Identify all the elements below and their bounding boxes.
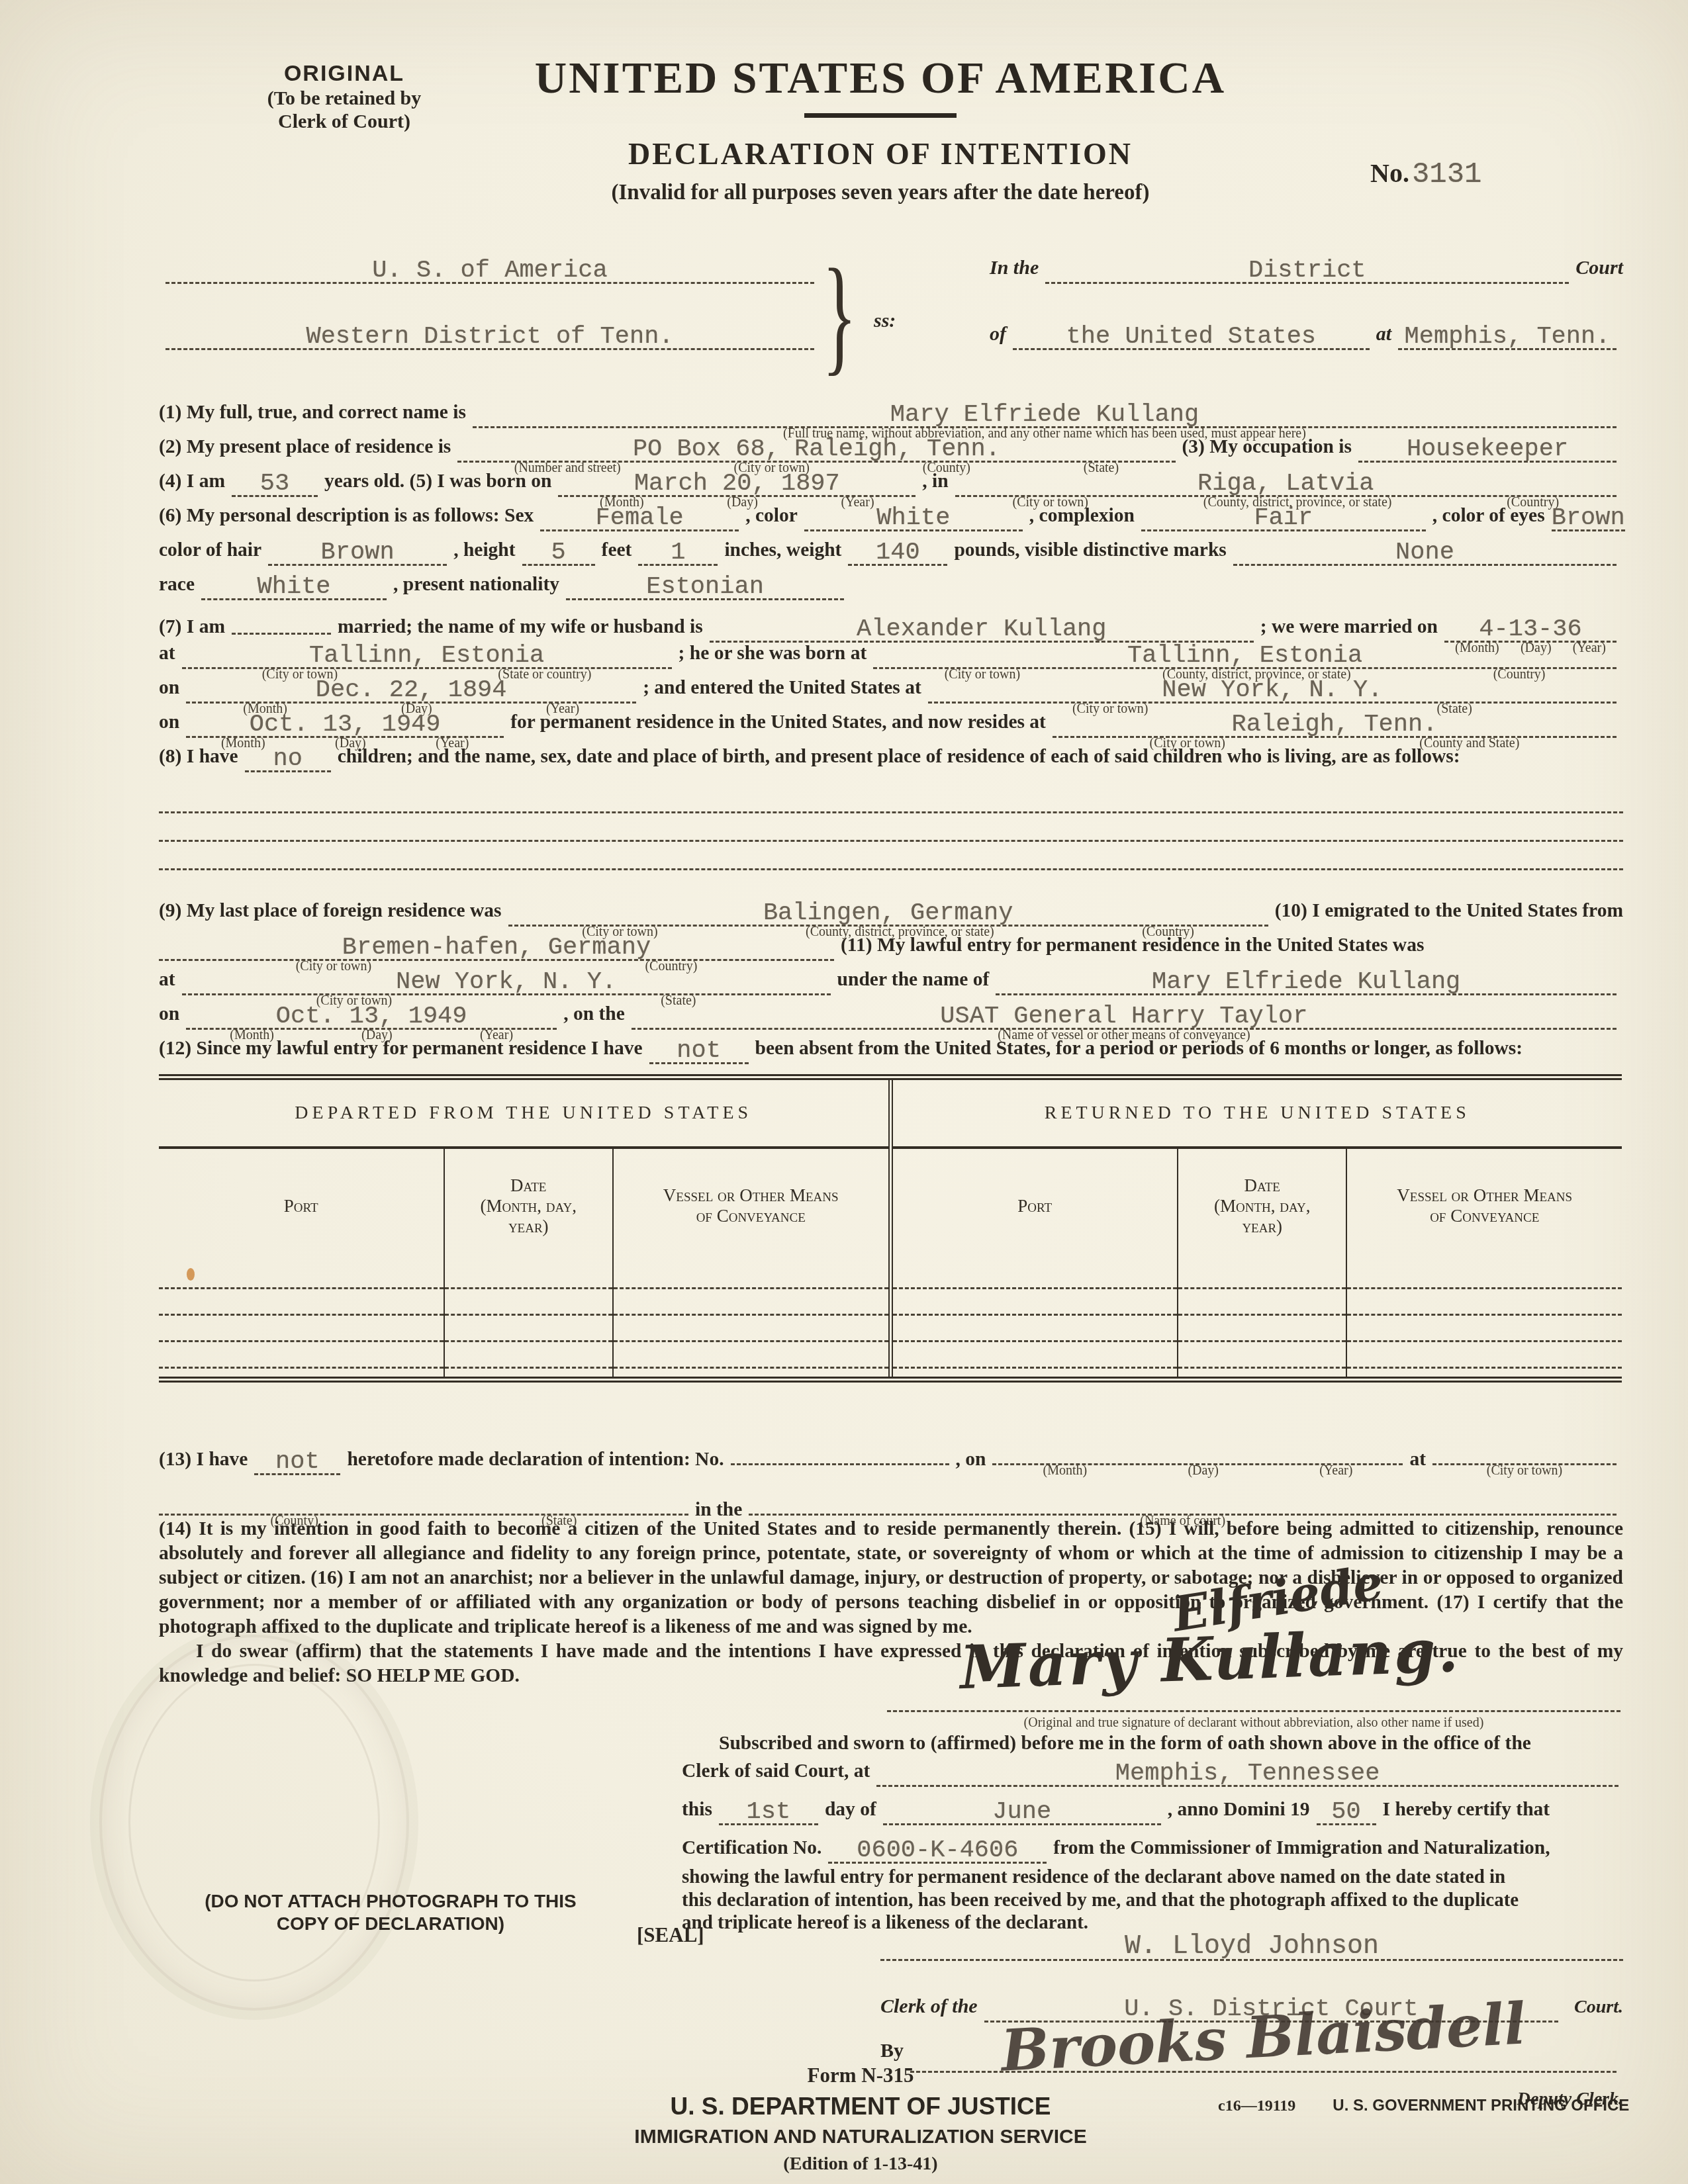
no-photograph-note: (DO NOT ATTACH PHOTOGRAPH TO THIS COPY O…	[159, 1890, 622, 1935]
certify-label: I hereby certify that	[1383, 1799, 1550, 1821]
form-number-footer: Form N-315	[616, 2064, 1105, 2087]
race-value: White	[258, 573, 331, 601]
occupation-value: Housekeeper	[1407, 435, 1568, 463]
marriage-place-value: Tallinn, Estonia	[309, 642, 544, 670]
clerk-name-value: W. Lloyd Johnson	[1125, 1932, 1379, 1962]
hair-label: color of hair	[159, 539, 261, 561]
clause-6-line3: race White , present nationality Estonia…	[159, 568, 1623, 602]
declarant-signature-line	[887, 1710, 1620, 1712]
venue-brace: }	[822, 240, 857, 390]
absence-table: DEPARTED FROM THE UNITED STATES Port Dat…	[159, 1074, 1622, 1383]
color-value: White	[876, 504, 950, 532]
by-label: By	[880, 2040, 904, 2062]
print-code: c16—19119	[1218, 2097, 1295, 2115]
spouse-birth-cap-year: (Year)	[546, 702, 579, 716]
court-place-value: Memphis, Tenn.	[1405, 323, 1611, 351]
certification-line: Certification No. 0600-K-4606 from the C…	[682, 1831, 1625, 1866]
spouse-name-label: married; the name of my wife or husband …	[338, 616, 703, 638]
court-name-field: District	[1045, 251, 1569, 284]
departed-port-column: Port	[159, 1149, 444, 1377]
service-name: IMMIGRATION AND NATURALIZATION SERVICE	[616, 2126, 1105, 2148]
table-row	[614, 1316, 888, 1342]
birth-date-value: March 20, 1897	[634, 470, 840, 498]
table-row	[893, 1289, 1178, 1316]
country-heading: UNITED STATES OF AMERICA	[424, 53, 1337, 104]
age-field: 53	[232, 465, 318, 497]
table-row	[445, 1342, 612, 1369]
clause-1-line: (1) My full, true, and correct name is M…	[159, 396, 1623, 430]
prior-city-caption: (City or town)	[1487, 1464, 1562, 1478]
court-of-value: the United States	[1066, 323, 1316, 351]
nationality-label: , present nationality	[393, 574, 559, 596]
court-place-field: Memphis, Tenn.	[1398, 318, 1617, 350]
sworn-day-field: 1st	[719, 1793, 818, 1825]
clause-7-line1: (7) I am married; the name of my wife or…	[159, 602, 1623, 637]
spouse-entry-date-value: Oct. 13, 1949	[250, 711, 441, 739]
foreign-residence-field: Balingen, Germany (City or town) (County…	[508, 894, 1268, 927]
certification-text-line2: showing the lawful entry for permanent r…	[682, 1866, 1625, 1889]
prior-declaration-number-field	[731, 1433, 949, 1465]
returned-port-column: Port	[893, 1149, 1178, 1377]
height-inches-value: 1	[671, 539, 685, 567]
clauses-section: (1) My full, true, and correct name is M…	[159, 396, 1623, 1066]
clause-13-label: (13) I have	[159, 1449, 248, 1471]
marriage-place-field: Tallinn, Estonia (City or town) (State o…	[182, 637, 672, 669]
vessel-header-line2: of Conveyance	[1430, 1206, 1539, 1226]
vessel-header-line2: of Conveyance	[696, 1206, 806, 1226]
date-header-line3: year)	[1242, 1216, 1282, 1237]
table-row	[159, 1263, 444, 1289]
birth-place-value: Riga, Latvia	[1197, 470, 1374, 498]
entry-date-cap-month: (Month)	[230, 1028, 274, 1042]
court-label: Court	[1575, 257, 1623, 279]
venue-plaintiff-field: U. S. of America	[165, 251, 814, 284]
clause-7-line4: on Oct. 13, 1949 (Month) (Day) (Year) fo…	[159, 705, 1623, 740]
commissioner-label: from the Commissioner of Immigration and…	[1053, 1837, 1550, 1859]
table-row	[1178, 1342, 1346, 1369]
in-the-label: In the	[990, 257, 1039, 279]
spouse-born-label: ; he or she was born at	[679, 643, 867, 664]
returned-port-header: Port	[893, 1149, 1178, 1263]
clause-11-line2: at New York, N. Y. (City or town) (State…	[159, 963, 1623, 997]
table-row	[614, 1263, 888, 1289]
birth-date-field: March 20, 1897 (Month) (Day) (Year)	[558, 465, 915, 497]
subscribed-line: Subscribed and sworn to (affirmed) befor…	[682, 1733, 1625, 1754]
table-row	[445, 1316, 612, 1342]
complexion-value: Fair	[1254, 504, 1313, 532]
court-word-label: Court.	[1574, 1997, 1623, 2018]
venue-district-value: Western District of Tenn.	[306, 323, 673, 351]
prior-county-state-field: (County) (State)	[159, 1483, 688, 1516]
court-of-field: the United States	[1013, 318, 1370, 350]
clause-1-label: (1) My full, true, and correct name is	[159, 402, 466, 424]
spouse-entry-place-value: New York, N. Y.	[1162, 676, 1382, 704]
entry-name-field: Mary Elfriede Kullang	[996, 963, 1617, 995]
spouse-residence-cap-city: (City or town)	[1150, 737, 1225, 751]
clause-9-label: (9) My last place of foreign residence w…	[159, 900, 502, 922]
residence-value: PO Box 68, Raleigh, Tenn.	[633, 435, 1000, 463]
court-officials-block: W. Lloyd Johnson Clerk of the U. S. Dist…	[880, 1921, 1623, 2073]
vessel-header-line1: Vessel or Other Means	[1397, 1185, 1572, 1206]
certification-number-field: 0600-K-4606	[828, 1831, 1047, 1864]
no-photograph-line2: COPY OF DECLARATION)	[159, 1913, 622, 1935]
sworn-place-value: Memphis, Tennessee	[1115, 1760, 1380, 1788]
sworn-month-value: June	[992, 1798, 1051, 1826]
spouse-born-on-label: on	[159, 677, 179, 699]
venue-plaintiff-value: U. S. of America	[372, 257, 607, 285]
seal-placeholder-label: [SEAL]	[637, 1923, 704, 1947]
weight-value: 140	[876, 539, 920, 567]
clerk-at-label: Clerk of said Court, at	[682, 1760, 870, 1782]
returned-date-header: Date (Month, day, year)	[1178, 1149, 1346, 1263]
gpo-name: U. S. GOVERNMENT PRINTING OFFICE	[1333, 2097, 1629, 2115]
departed-date-header: Date (Month, day, year)	[445, 1149, 612, 1263]
foreign-residence-cap-country: (Country)	[1142, 925, 1194, 939]
form-footer: Form N-315 U. S. DEPARTMENT OF JUSTICE I…	[616, 2064, 1105, 2175]
prior-at-label: at	[1409, 1449, 1426, 1471]
printing-office-note: c16—19119 U. S. GOVERNMENT PRINTING OFFI…	[1218, 2097, 1629, 2115]
date-header-line3: year)	[508, 1216, 549, 1237]
returned-vessel-header: Vessel or Other Means of Conveyance	[1347, 1149, 1622, 1263]
spouse-entry-cap-year: (Year)	[436, 737, 469, 751]
certification-no-label: Certification No.	[682, 1837, 821, 1859]
children-blank-line-1	[159, 785, 1623, 813]
clause-6-label: (6) My personal description is as follow…	[159, 505, 534, 527]
table-row	[1347, 1342, 1622, 1369]
prior-declaration-no-label: heretofore made declaration of intention…	[347, 1449, 724, 1471]
departed-half: DEPARTED FROM THE UNITED STATES Port Dat…	[159, 1080, 893, 1377]
vessel-header-line1: Vessel or Other Means	[663, 1185, 839, 1206]
table-row	[159, 1316, 444, 1342]
clerk-court-line: Clerk of said Court, at Memphis, Tenness…	[682, 1754, 1625, 1793]
prior-city-field: (City or town)	[1432, 1433, 1617, 1465]
table-row	[1347, 1316, 1622, 1342]
under-name-label: under the name of	[837, 969, 990, 991]
number-label: No.	[1370, 158, 1409, 188]
full-name-field: Mary Elfriede Kullang (Full true name, w…	[473, 396, 1617, 428]
height-inches-field: 1	[638, 533, 718, 566]
departed-date-column: Date (Month, day, year)	[444, 1149, 614, 1377]
spouse-entry-date-field: Oct. 13, 1949 (Month) (Day) (Year)	[186, 705, 504, 738]
venue-ss-label: ss:	[874, 310, 896, 332]
clause-2-line: (2) My present place of residence is PO …	[159, 430, 1623, 465]
returned-half: RETURNED TO THE UNITED STATES Port Date	[893, 1080, 1622, 1377]
spouse-birth-place-value: Tallinn, Estonia	[1127, 642, 1362, 670]
sworn-year-field: 50	[1317, 1793, 1376, 1825]
height-label: , height	[453, 539, 515, 561]
table-row	[159, 1289, 444, 1316]
form-validity-note: (Invalid for all purposes seven years af…	[424, 181, 1337, 205]
table-row	[1178, 1263, 1346, 1289]
table-row	[445, 1263, 612, 1289]
date-header-line1: Date	[1244, 1175, 1280, 1196]
full-name-value: Mary Elfriede Kullang	[890, 401, 1199, 429]
declarant-signature-caption: (Original and true signature of declaran…	[887, 1715, 1620, 1731]
prior-declaration-value: not	[275, 1448, 320, 1476]
emigrated-from-value: Bremen-hafen, Germany	[342, 934, 651, 962]
table-row	[1178, 1289, 1346, 1316]
table-row	[1178, 1316, 1346, 1342]
table-row	[159, 1342, 444, 1369]
occupation-field: Housekeeper	[1358, 430, 1617, 463]
eyes-field: Brown	[1552, 499, 1625, 531]
table-row	[445, 1289, 612, 1316]
race-label: race	[159, 574, 195, 596]
clause-13-section: (13) I have not heretofore made declarat…	[159, 1433, 1623, 1524]
clause-2-label: (2) My present place of residence is	[159, 436, 451, 458]
clerk-name-field: W. Lloyd Johnson	[880, 1921, 1623, 1961]
prior-on-label: , on	[956, 1449, 986, 1471]
marks-label: pounds, visible distinctive marks	[954, 539, 1226, 561]
nationality-field: Estonian	[566, 568, 844, 600]
departed-title: DEPARTED FROM THE UNITED STATES	[159, 1080, 888, 1149]
entry-place-field: New York, N. Y. (City or town) (State)	[182, 963, 831, 995]
clause-13-line1: (13) I have not heretofore made declarat…	[159, 1433, 1623, 1474]
table-row	[1347, 1263, 1622, 1289]
prior-date-cap-day: (Day)	[1188, 1464, 1219, 1478]
date-header-line2: (Month, day,	[1214, 1196, 1310, 1216]
date-header-line2: (Month, day,	[481, 1196, 577, 1216]
embossed-court-seal	[99, 1635, 409, 2011]
children-blank-line-3	[159, 842, 1623, 870]
prior-date-cap-year: (Year)	[1319, 1464, 1352, 1478]
prior-date-field: (Month) (Day) (Year)	[992, 1433, 1403, 1465]
spouse-entry-place-field: New York, N. Y. (City or town) (State)	[928, 671, 1617, 704]
prior-date-cap-month: (Month)	[1043, 1464, 1088, 1478]
children-field: no	[245, 740, 331, 772]
spouse-residence-value: Raleigh, Tenn.	[1232, 711, 1438, 739]
clause-6-line2: color of hair Brown , height 5 feet 1 in…	[159, 533, 1623, 568]
complexion-field: Fair	[1141, 499, 1426, 531]
certification-number-value: 0600-K-4606	[857, 1837, 1018, 1864]
subscription-section: Subscribed and sworn to (affirmed) befor…	[682, 1733, 1625, 1934]
entry-name-value: Mary Elfriede Kullang	[1152, 968, 1460, 996]
vessel-value: USAT General Harry Taylor	[940, 1003, 1307, 1030]
document-number: No. 3131	[1370, 158, 1482, 191]
clause-4-5-line: (4) I am 53 years old. (5) I was born on…	[159, 465, 1623, 499]
marks-field: None	[1233, 533, 1617, 566]
absent-value: not	[677, 1037, 721, 1065]
prior-declaration-field: not	[254, 1443, 340, 1475]
residence-field: PO Box 68, Raleigh, Tenn. (Number and st…	[457, 430, 1175, 463]
spouse-birth-date-field: Dec. 22, 1894 (Month) (Day) (Year)	[186, 671, 636, 704]
clause-9-10-line: (9) My last place of foreign residence w…	[159, 894, 1623, 929]
sworn-place-field: Memphis, Tennessee	[876, 1754, 1618, 1787]
marks-value: None	[1395, 539, 1454, 567]
married-on-label: ; we were married on	[1260, 616, 1438, 638]
returned-vessel-column: Vessel or Other Means of Conveyance	[1347, 1149, 1622, 1377]
weight-field: 140	[848, 533, 947, 566]
returned-date-column: Date (Month, day, year)	[1177, 1149, 1347, 1377]
sex-value: Female	[596, 504, 684, 532]
certification-text-line3: this declaration of intention, has been …	[682, 1889, 1625, 1912]
departed-vessel-column: Vessel or Other Means of Conveyance	[614, 1149, 888, 1377]
clause-4-label: (4) I am	[159, 471, 225, 492]
feet-label: feet	[602, 539, 632, 561]
form-title: DECLARATION OF INTENTION	[424, 136, 1337, 171]
foreign-residence-value: Balingen, Germany	[763, 899, 1013, 927]
absent-field: not	[649, 1032, 749, 1064]
document-title-block: UNITED STATES OF AMERICA DECLARATION OF …	[424, 53, 1337, 205]
entry-date-cap-day: (Day)	[361, 1028, 393, 1042]
entry-date-cap-year: (Year)	[480, 1028, 513, 1042]
table-row	[893, 1342, 1178, 1369]
height-feet-value: 5	[551, 539, 565, 567]
clerk-of-the-label: Clerk of the	[880, 1995, 978, 2018]
age-value: 53	[260, 470, 289, 498]
hair-value: Brown	[321, 539, 395, 567]
table-row	[893, 1263, 1178, 1289]
emigrated-from-field: Bremen-hafen, Germany (City or town) (Co…	[159, 929, 834, 961]
spouse-entry-cap-day: (Day)	[335, 737, 366, 751]
table-row	[614, 1289, 888, 1316]
clause-10-label: (10) I emigrated to the United States fr…	[1275, 900, 1623, 922]
nationality-value: Estonian	[646, 573, 764, 601]
venue-district-field: Western District of Tenn.	[165, 318, 814, 350]
table-row	[614, 1342, 888, 1369]
entry-date-field: Oct. 13, 1949 (Month) (Day) (Year)	[186, 997, 557, 1030]
prior-court-field: (Name of court)	[749, 1483, 1617, 1516]
at-label: at	[1376, 323, 1391, 345]
birth-place-cap-city: (City or town)	[1013, 496, 1088, 510]
departed-port-header: Port	[159, 1149, 444, 1263]
clause-7-line2: at Tallinn, Estonia (City or town) (Stat…	[159, 637, 1623, 671]
clause-6-line1: (6) My personal description is as follow…	[159, 499, 1623, 533]
entry-on-label: on	[159, 1003, 179, 1025]
color-field: White	[804, 499, 1023, 531]
anno-domini-label: , anno Domini 19	[1168, 1799, 1310, 1821]
court-name-value: District	[1248, 257, 1366, 285]
sworn-year-value: 50	[1331, 1798, 1360, 1826]
clause-7-label: (7) I am	[159, 616, 225, 638]
weight-label: inches, weight	[724, 539, 841, 561]
returned-title: RETURNED TO THE UNITED STATES	[893, 1080, 1622, 1149]
birth-place-field: Riga, Latvia (City or town) (County, dis…	[955, 465, 1617, 497]
title-underline	[804, 113, 957, 118]
children-blank-line-2	[159, 813, 1623, 842]
hair-field: Brown	[268, 533, 447, 566]
no-photograph-line1: (DO NOT ATTACH PHOTOGRAPH TO THIS	[159, 1890, 622, 1913]
race-field: White	[201, 568, 387, 600]
vessel-field: USAT General Harry Taylor (Name of vesse…	[632, 997, 1617, 1030]
edition-note: (Edition of 1-13-41)	[616, 2154, 1105, 2175]
table-row	[1347, 1289, 1622, 1316]
spouse-birth-date-value: Dec. 22, 1894	[316, 676, 507, 704]
day-of-label: day of	[825, 1799, 876, 1821]
table-row	[893, 1316, 1178, 1342]
spouse-entry-on-label: on	[159, 711, 179, 733]
department-name: U. S. DEPARTMENT OF JUSTICE	[616, 2093, 1105, 2120]
entry-date-value: Oct. 13, 1949	[276, 1003, 467, 1030]
height-feet-field: 5	[522, 533, 595, 566]
spouse-residence-cap-county-state: (County and State)	[1419, 737, 1519, 751]
entry-place-value: New York, N. Y.	[396, 968, 616, 996]
sworn-day-value: 1st	[747, 1798, 791, 1826]
venue-left-caption: U. S. of America Western District of Ten…	[159, 251, 821, 384]
sworn-date-line: this 1st day of June , anno Domini 19 50…	[682, 1793, 1625, 1831]
venue-court-caption: In the District Court of the United Stat…	[990, 251, 1623, 384]
spouse-residence-field: Raleigh, Tenn. (City or town) (County an…	[1053, 705, 1617, 738]
children-value: no	[273, 745, 302, 773]
declaration-of-intention-document: ORIGINAL (To be retained by Clerk of Cou…	[0, 0, 1688, 2184]
departed-vessel-header: Vessel or Other Means of Conveyance	[614, 1149, 888, 1263]
of-label: of	[990, 323, 1006, 345]
sworn-month-field: June	[883, 1793, 1161, 1825]
vessel-caption: (Name of vessel or other means of convey…	[998, 1028, 1250, 1042]
eyes-value: Brown	[1552, 504, 1625, 532]
clause-11-line3: on Oct. 13, 1949 (Month) (Day) (Year) , …	[159, 997, 1623, 1032]
sex-field: Female	[540, 499, 739, 531]
married-at-label: at	[159, 643, 175, 664]
number-value: 3131	[1412, 158, 1482, 191]
married-field	[232, 602, 331, 635]
date-header-line1: Date	[510, 1175, 546, 1196]
this-label: this	[682, 1799, 712, 1821]
spouse-birth-place-field: Tallinn, Estonia (City or town) (County,…	[873, 637, 1617, 669]
